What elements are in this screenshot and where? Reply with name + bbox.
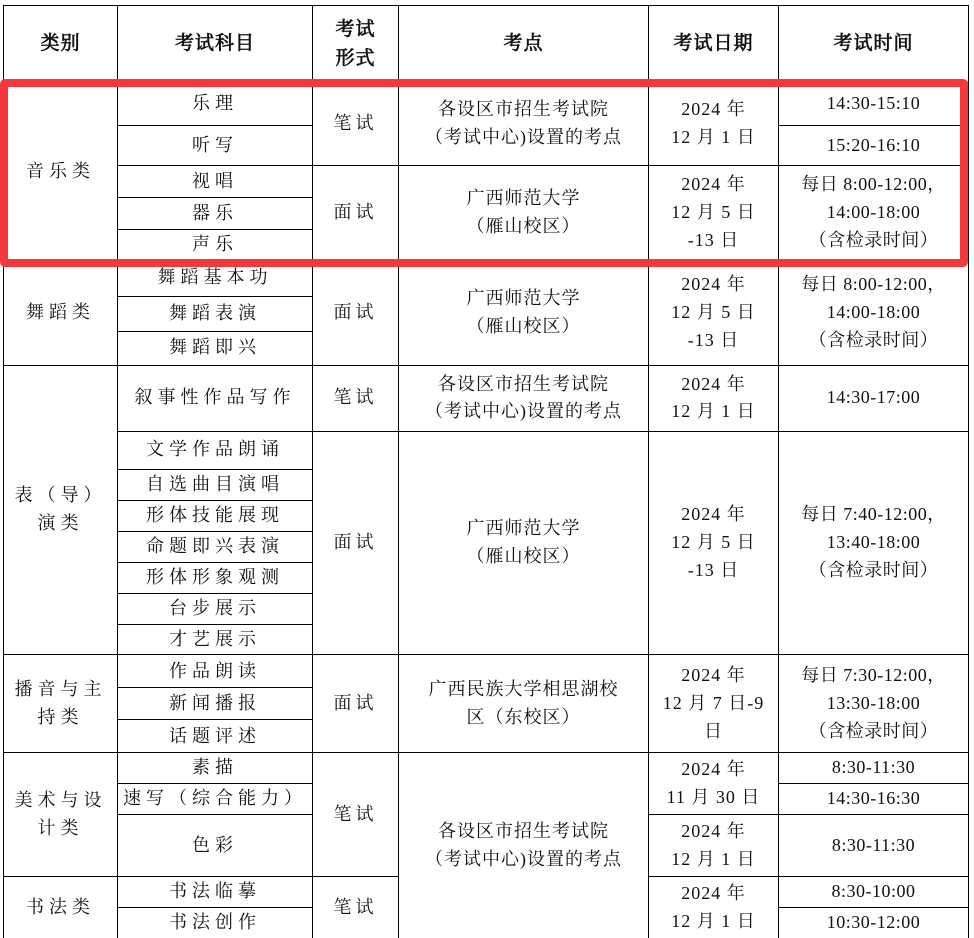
- date-cell: 2024 年 12 月 7 日-9 日: [649, 655, 779, 753]
- subject-cell: 台步展示: [118, 593, 313, 624]
- subject-cell: 素描: [118, 753, 313, 784]
- subject-cell: 器乐: [118, 198, 313, 230]
- time-cell: 15:20-16:10: [779, 126, 969, 166]
- header-category: 类别: [4, 6, 118, 83]
- format-cell: 笔试: [313, 753, 399, 877]
- header-time: 考试时间: [779, 6, 969, 83]
- time-cell: 10:30-12:00: [779, 908, 969, 938]
- table-row: 舞蹈类 舞蹈基本功 面试 广西师范大学 （雁山校区） 2024 年 12 月 5…: [4, 260, 969, 296]
- venue-cell: 广西民族大学相思湖校 区（东校区）: [399, 655, 649, 753]
- time-cell: 每日 7:40-12:00， 13:40-18:00 （含检录时间）: [779, 431, 969, 655]
- time-cell: 8:30-10:00: [779, 877, 969, 908]
- time-cell: 14:30-17:00: [779, 365, 969, 431]
- subject-cell: 形体技能展现: [118, 500, 313, 531]
- category-cell-art-design: 美术与设 计类: [4, 753, 118, 877]
- category-cell-performance: 表（导） 演类: [4, 365, 118, 655]
- table-row: 播音与主 持类 作品朗读 面试 广西民族大学相思湖校 区（东校区） 2024 年…: [4, 655, 969, 688]
- date-cell: 2024 年 12 月 1 日: [649, 815, 779, 877]
- venue-cell: 各设区市招生考试院 （考试中心)设置的考点: [399, 753, 649, 938]
- subject-cell: 速写（综合能力）: [118, 784, 313, 815]
- time-cell: 14:30-16:30: [779, 784, 969, 815]
- format-cell: 面试: [313, 431, 399, 655]
- venue-cell: 广西师范大学 （雁山校区）: [399, 166, 649, 261]
- category-cell-calligraphy: 书法类: [4, 877, 118, 938]
- time-cell: 14:30-15:10: [779, 83, 969, 126]
- header-date: 考试日期: [649, 6, 779, 83]
- venue-cell: 广西师范大学 （雁山校区）: [399, 260, 649, 365]
- header-row: 类别 考试科目 考试 形式 考点 考试日期 考试时间: [4, 6, 969, 83]
- subject-cell: 书法创作: [118, 908, 313, 938]
- header-format: 考试 形式: [313, 6, 399, 83]
- subject-cell: 舞蹈即兴: [118, 331, 313, 365]
- subject-cell: 形体形象观测: [118, 562, 313, 593]
- subject-cell: 话题评述: [118, 720, 313, 753]
- subject-cell: 自选曲目演唱: [118, 469, 313, 500]
- format-cell: 面试: [313, 260, 399, 365]
- format-cell: 面试: [313, 655, 399, 753]
- subject-cell: 乐理: [118, 83, 313, 126]
- time-cell: 每日 7:30-12:00， 13:30-18:00 （含检录时间）: [779, 655, 969, 753]
- format-cell: 面试: [313, 166, 399, 261]
- table-row: 表（导） 演类 叙事性作品写作 笔试 各设区市招生考试院 （考试中心)设置的考点…: [4, 365, 969, 431]
- subject-cell: 文学作品朗诵: [118, 431, 313, 469]
- date-cell: 2024 年 12 月 1 日: [649, 83, 779, 166]
- subject-cell: 作品朗读: [118, 655, 313, 688]
- subject-cell: 叙事性作品写作: [118, 365, 313, 431]
- subject-cell: 才艺展示: [118, 624, 313, 655]
- date-cell: 2024 年 11 月 30 日: [649, 753, 779, 815]
- subject-cell: 听写: [118, 126, 313, 166]
- subject-cell: 色彩: [118, 815, 313, 877]
- subject-cell: 视唱: [118, 166, 313, 198]
- venue-cell: 各设区市招生考试院 （考试中心)设置的考点: [399, 83, 649, 166]
- exam-schedule-page: 类别 考试科目 考试 形式 考点 考试日期 考试时间 音乐类 乐理 笔试 各设区…: [0, 0, 974, 938]
- time-cell: 8:30-11:30: [779, 753, 969, 784]
- header-subject: 考试科目: [118, 6, 313, 83]
- exam-schedule-table: 类别 考试科目 考试 形式 考点 考试日期 考试时间 音乐类 乐理 笔试 各设区…: [3, 5, 969, 938]
- table-row: 美术与设 计类 素描 笔试 各设区市招生考试院 （考试中心)设置的考点 2024…: [4, 753, 969, 784]
- header-venue: 考点: [399, 6, 649, 83]
- format-cell: 笔试: [313, 365, 399, 431]
- table-row: 音乐类 乐理 笔试 各设区市招生考试院 （考试中心)设置的考点 2024 年 1…: [4, 83, 969, 126]
- table-row: 视唱 面试 广西师范大学 （雁山校区） 2024 年 12 月 5 日 -13 …: [4, 166, 969, 198]
- subject-cell: 命题即兴表演: [118, 531, 313, 562]
- time-cell: 每日 8:00-12:00， 14:00-18:00 （含检录时间）: [779, 260, 969, 365]
- category-cell-music: 音乐类: [4, 83, 118, 261]
- format-cell: 笔试: [313, 877, 399, 938]
- subject-cell: 舞蹈表演: [118, 296, 313, 331]
- format-cell: 笔试: [313, 83, 399, 166]
- category-cell-dance: 舞蹈类: [4, 260, 118, 365]
- subject-cell: 声乐: [118, 230, 313, 261]
- date-cell: 2024 年 12 月 5 日 -13 日: [649, 166, 779, 261]
- subject-cell: 新闻播报: [118, 688, 313, 720]
- subject-cell: 书法临摹: [118, 877, 313, 908]
- time-cell: 8:30-11:30: [779, 815, 969, 877]
- date-cell: 2024 年 12 月 1 日: [649, 365, 779, 431]
- subject-cell: 舞蹈基本功: [118, 260, 313, 296]
- date-cell: 2024 年 12 月 5 日 -13 日: [649, 431, 779, 655]
- category-cell-broadcasting: 播音与主 持类: [4, 655, 118, 753]
- date-cell: 2024 年 12 月 5 日 -13 日: [649, 260, 779, 365]
- date-cell: 2024 年 12 月 1 日: [649, 877, 779, 938]
- table-row: 文学作品朗诵 面试 广西师范大学 （雁山校区） 2024 年 12 月 5 日 …: [4, 431, 969, 469]
- venue-cell: 各设区市招生考试院 （考试中心)设置的考点: [399, 365, 649, 431]
- venue-cell: 广西师范大学 （雁山校区）: [399, 431, 649, 655]
- time-cell: 每日 8:00-12:00， 14:00-18:00 （含检录时间）: [779, 166, 969, 261]
